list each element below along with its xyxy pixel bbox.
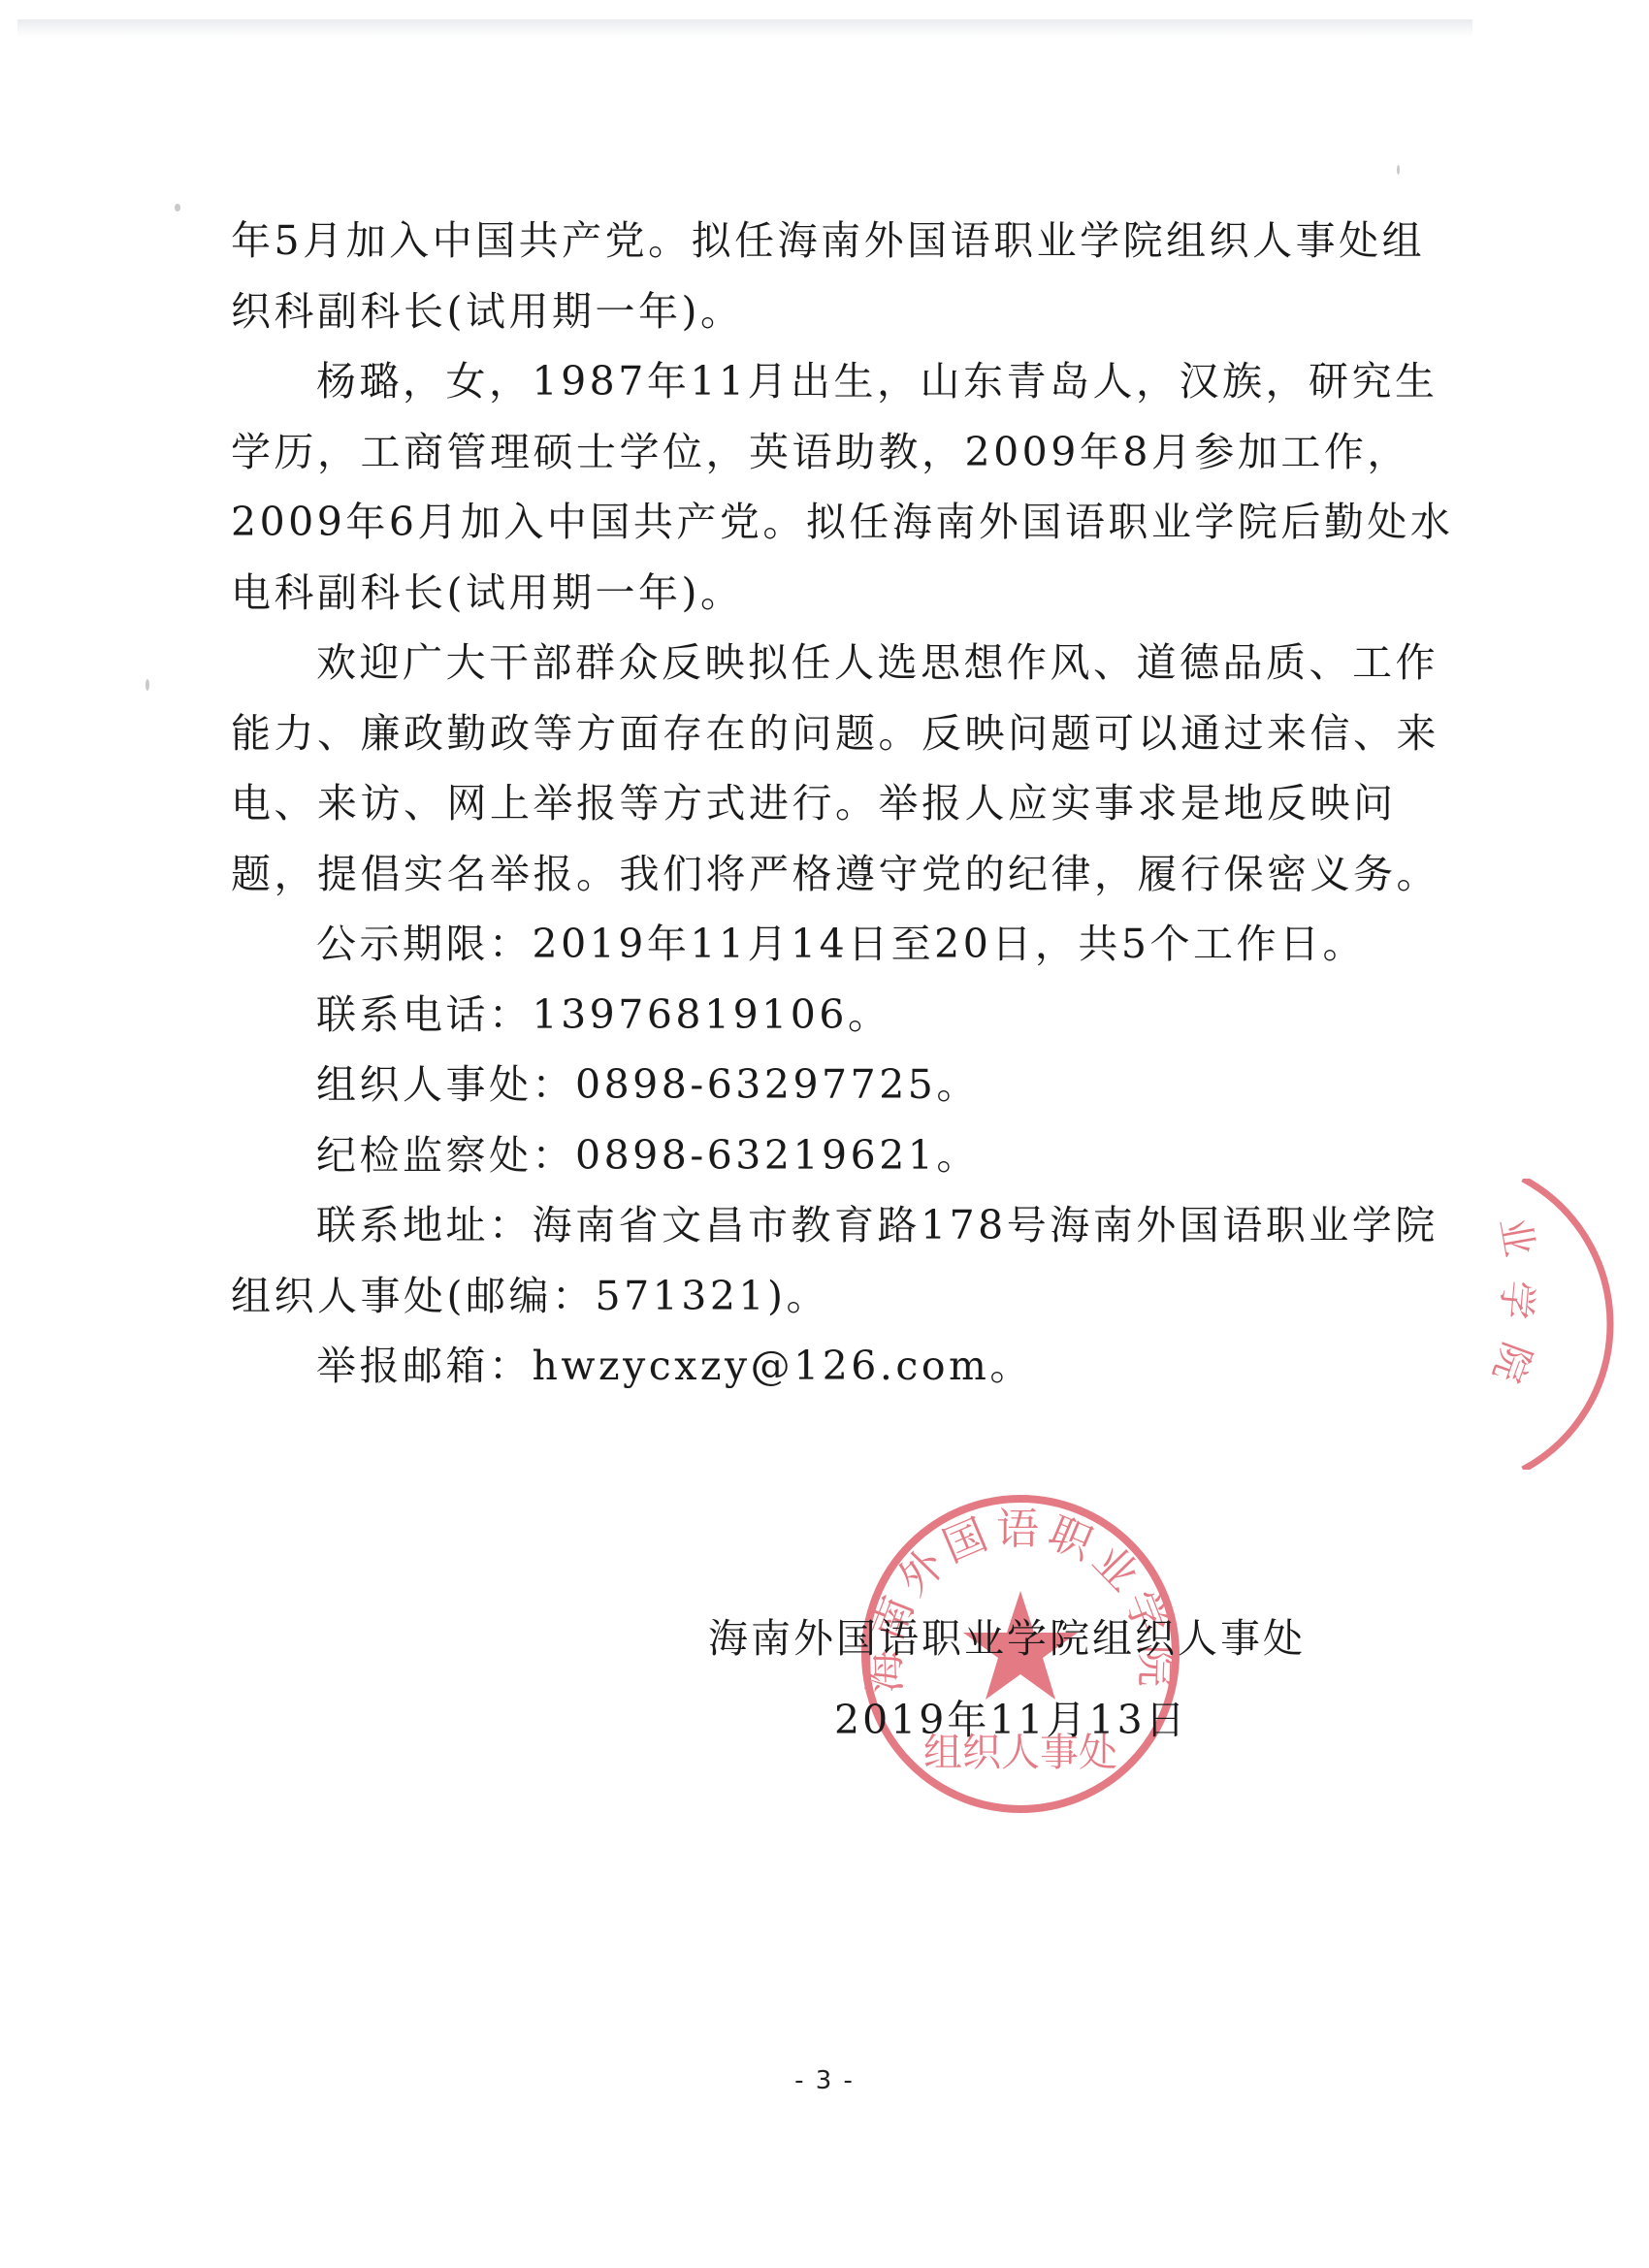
hr-office-phone: 组织人事处：0898-63297725。 <box>231 1050 1426 1120</box>
page-number: - 3 - <box>0 2066 1649 2095</box>
scan-speck <box>145 679 149 691</box>
publicity-period: 公示期限：2019年11月14日至20日，共5个工作日。 <box>231 909 1426 980</box>
body-line: 电科副科长(试用期一年)。 <box>231 558 1426 629</box>
body-line: 杨璐，女，1987年11月出生，山东青岛人，汉族，研究生 <box>231 346 1426 417</box>
contact-address-cont: 组织人事处(邮编：571321)。 <box>231 1261 1426 1332</box>
body-line: 2009年6月加入中国共产党。拟任海南外国语职业学院后勤处水 <box>231 487 1426 558</box>
body-line: 织科副科长(试用期一年)。 <box>231 276 1426 347</box>
document-page: 年5月加入中国共产党。拟任海南外国语职业学院组织人事处组 织科副科长(试用期一年… <box>0 0 1649 2268</box>
svg-text:学: 学 <box>1492 1279 1539 1321</box>
body-text: 年5月加入中国共产党。拟任海南外国语职业学院组织人事处组 织科副科长(试用期一年… <box>231 206 1426 1402</box>
discipline-office-phone: 纪检监察处：0898-63219621。 <box>231 1120 1426 1191</box>
body-line: 年5月加入中国共产党。拟任海南外国语职业学院组织人事处组 <box>231 206 1426 276</box>
svg-text:院: 院 <box>1484 1337 1539 1388</box>
signature-date: 2019年11月13日 <box>834 1688 1188 1745</box>
body-line: 欢迎广大干部群众反映拟任人选思想作风、道德品质、工作 <box>231 628 1426 698</box>
scan-speck <box>175 204 180 211</box>
partial-stamp-icon: 业 学 院 <box>1474 1179 1649 1470</box>
report-email: 举报邮箱：hwzycxzy@126.com。 <box>231 1331 1426 1402</box>
body-line: 能力、廉政勤政等方面存在的问题。反映问题可以通过来信、来 <box>231 698 1426 769</box>
svg-text:业: 业 <box>1491 1215 1541 1260</box>
signature-organization: 海南外国语职业学院组织人事处 <box>708 1606 1306 1664</box>
body-line: 学历，工商管理硕士学位，英语助教，2009年8月参加工作， <box>231 417 1426 488</box>
contact-phone: 联系电话：13976819106。 <box>231 980 1426 1051</box>
body-line: 题，提倡实名举报。我们将严格遵守党的纪律，履行保密义务。 <box>231 839 1426 910</box>
contact-address: 联系地址：海南省文昌市教育路178号海南外国语职业学院 <box>231 1190 1426 1261</box>
body-line: 电、来访、网上举报等方式进行。举报人应实事求是地反映问 <box>231 768 1426 839</box>
scan-artifact-band <box>17 19 1472 37</box>
scan-speck <box>1397 165 1400 175</box>
